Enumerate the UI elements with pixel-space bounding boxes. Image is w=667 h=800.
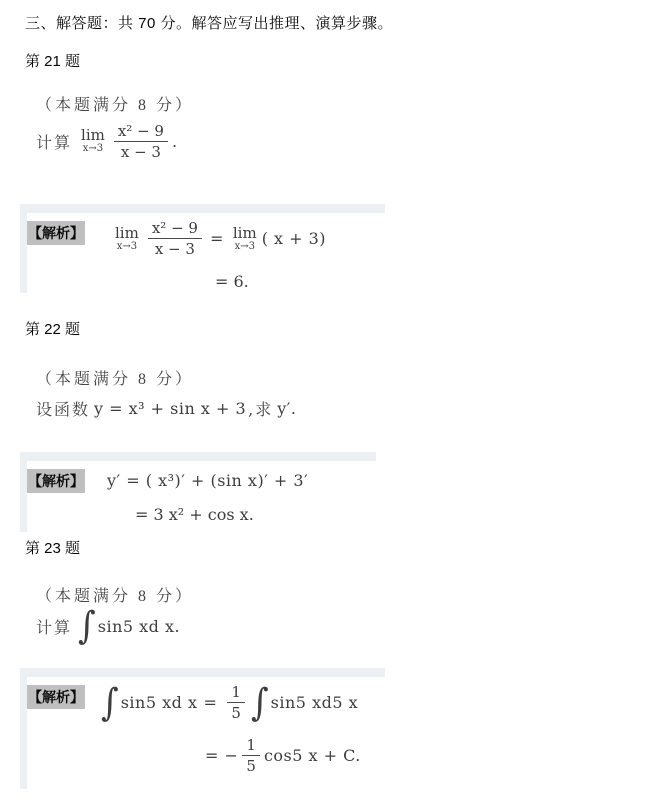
solution-rhs: ( x + 3)	[262, 229, 326, 248]
solution-math: cos5 x + C.	[264, 746, 361, 765]
solution-box-21: 【解析】 lim x→3 x² − 9 x − 3 = lim x→3 ( x …	[20, 204, 385, 293]
question-23-prompt: 计算 ∫ sin5 xd x.	[36, 605, 180, 647]
integral-sign: ∫	[101, 684, 119, 721]
fraction-denominator: 5	[242, 756, 260, 775]
solution-21-line-2: = 6.	[215, 272, 385, 291]
question-23-score-note: （本题满分 8 分）	[36, 583, 194, 606]
equals-sign: =	[210, 229, 224, 248]
solution-23-line-2: = − 1 5 cos5 x + C.	[205, 736, 385, 775]
fraction-numerator: x² − 9	[148, 219, 202, 239]
solution-label: 【解析】	[27, 221, 85, 245]
fraction: x² − 9 x − 3	[148, 219, 202, 258]
fraction-numerator: 1	[227, 683, 245, 703]
prompt-suffix: .	[172, 132, 178, 151]
prompt-math: sin5 xd x.	[98, 617, 180, 636]
solution-math: y′ = ( x³)′ + (sin x)′ + 3′	[107, 471, 308, 490]
question-22-title: 第 22 题	[25, 318, 80, 339]
solution-box-22: 【解析】 y′ = ( x³)′ + (sin x)′ + 3′ = 3 x² …	[20, 452, 376, 532]
question-21-title: 第 21 题	[25, 50, 80, 71]
limit-operator: lim x→3	[81, 128, 105, 154]
lim-subscript: x→3	[235, 242, 255, 252]
solution-21-line-1: 【解析】 lim x→3 x² − 9 x − 3 = lim x→3 ( x …	[27, 219, 385, 258]
fraction: 1 5	[242, 736, 260, 775]
integral-sign: ∫	[251, 684, 269, 721]
question-22-prompt: 设函数 y = x³ + sin x + 3 ,求 y′.	[36, 396, 297, 420]
solution-math: sin5 xd5 x	[271, 693, 358, 712]
fraction-numerator: x² − 9	[114, 122, 168, 142]
solution-23-line-1: 【解析】 ∫ sin5 xd x = 1 5 ∫ sin5 xd5 x	[27, 683, 385, 722]
question-21-prompt: 计算 lim x→3 x² − 9 x − 3 .	[36, 115, 178, 167]
solution-inner: 【解析】 y′ = ( x³)′ + (sin x)′ + 3′ = 3 x² …	[27, 461, 376, 532]
prompt-prefix-text: 计算	[36, 615, 72, 638]
question-23-title: 第 23 题	[25, 537, 80, 558]
prompt-prefix-text: 计算	[36, 130, 72, 153]
section-header: 三、解答题：共 70 分。解答应写出推理、演算步骤。	[25, 12, 393, 33]
fraction-numerator: 1	[242, 736, 260, 756]
lim-text: lim	[81, 128, 105, 143]
question-22-score-note: （本题满分 8 分）	[36, 366, 194, 389]
integral-sign: ∫	[78, 607, 96, 644]
fraction: x² − 9 x − 3	[114, 122, 168, 161]
solution-22-line-2: = 3 x² + cos x.	[135, 505, 376, 524]
prompt-math: y′.	[277, 399, 296, 418]
fraction-denominator: 5	[227, 703, 245, 722]
fraction-denominator: x − 3	[117, 142, 165, 161]
solution-label: 【解析】	[27, 685, 85, 709]
limit-operator: lim x→3	[115, 226, 139, 252]
solution-inner: 【解析】 lim x→3 x² − 9 x − 3 = lim x→3 ( x …	[27, 213, 385, 293]
solution-inner: 【解析】 ∫ sin5 xd x = 1 5 ∫ sin5 xd5 x = − …	[27, 677, 385, 789]
fraction-denominator: x − 3	[151, 239, 199, 258]
prompt-cn-text: ,求	[248, 397, 273, 420]
equals-sign: =	[204, 693, 218, 712]
limit-operator: lim x→3	[233, 226, 257, 252]
lim-text: lim	[233, 226, 257, 241]
lim-text: lim	[115, 226, 139, 241]
prompt-cn-text: 设函数	[36, 397, 90, 420]
solution-22-line-1: 【解析】 y′ = ( x³)′ + (sin x)′ + 3′	[27, 467, 376, 493]
fraction: 1 5	[227, 683, 245, 722]
lim-subscript: x→3	[117, 242, 137, 252]
lim-subscript: x→3	[83, 144, 103, 154]
equals-minus: = −	[205, 746, 238, 765]
solution-box-23: 【解析】 ∫ sin5 xd x = 1 5 ∫ sin5 xd5 x = − …	[20, 668, 385, 789]
question-21-score-note: （本题满分 8 分）	[36, 92, 194, 115]
prompt-math: y = x³ + sin x + 3	[94, 399, 246, 418]
solution-label: 【解析】	[27, 469, 85, 493]
solution-math: sin5 xd x	[121, 693, 198, 712]
exam-page: 三、解答题：共 70 分。解答应写出推理、演算步骤。 第 21 题 （本题满分 …	[0, 0, 667, 800]
